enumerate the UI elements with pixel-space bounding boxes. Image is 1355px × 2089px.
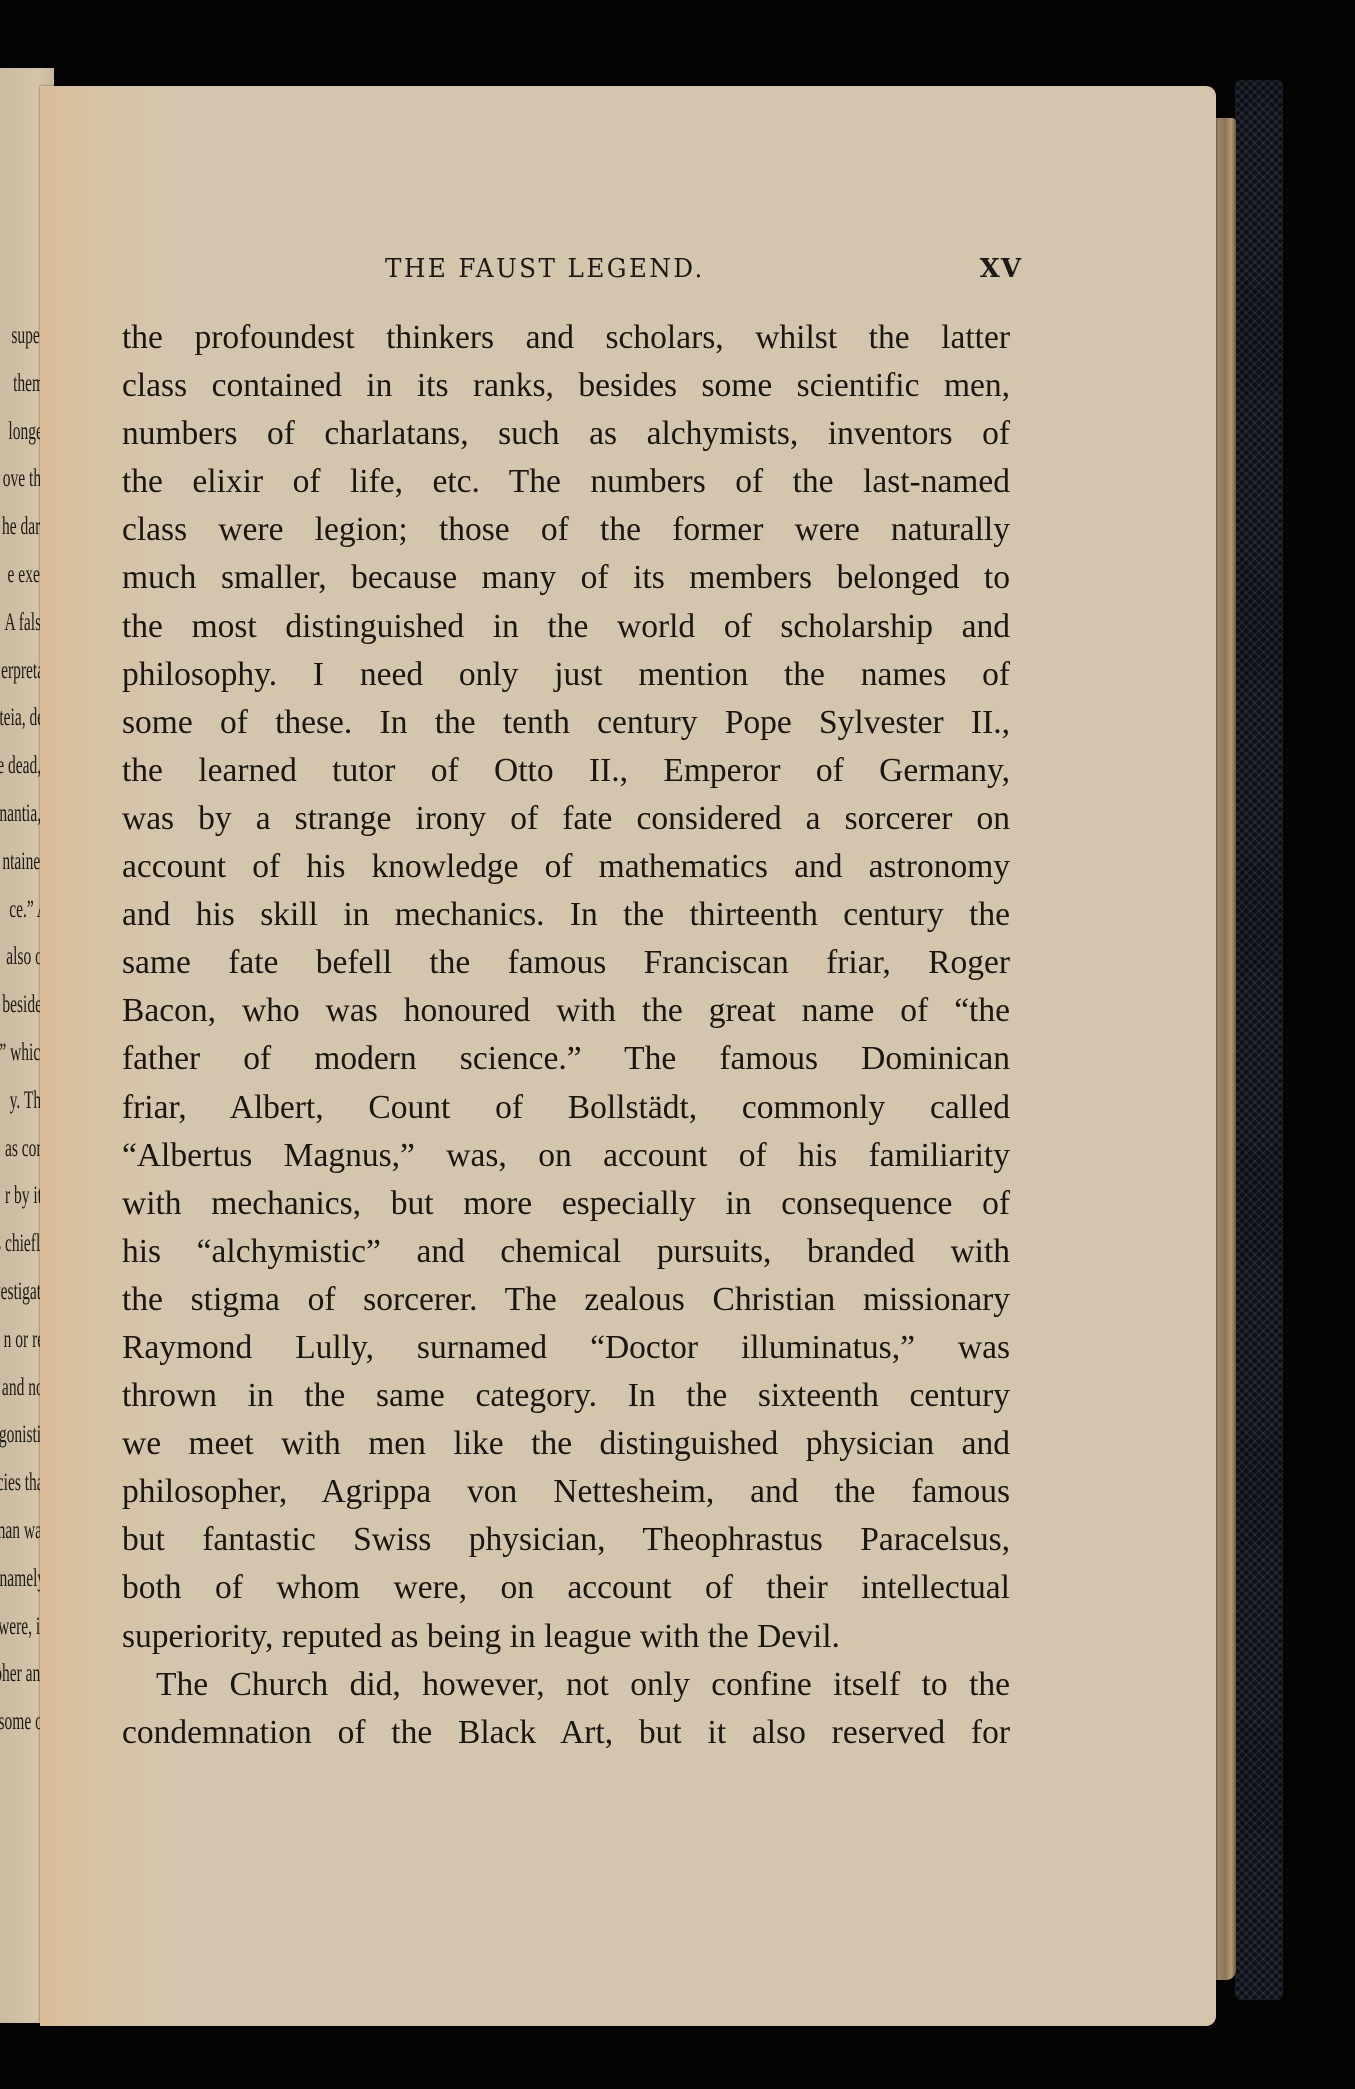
text-line: but fantastic Swiss physician, Theophras… [122, 1516, 1010, 1564]
book-cover-cloth [1235, 80, 1283, 2000]
text-line: was by a strange irony of fate considere… [122, 795, 1010, 843]
running-head: THE FAUST LEGEND. xv [385, 254, 1022, 294]
book-page: THE FAUST LEGEND. xv the profoundest thi… [40, 86, 1216, 2026]
text-line: same fate befell the famous Franciscan f… [122, 939, 1010, 987]
text-line: class contained in its ranks, besides so… [122, 362, 1010, 410]
text-line: with mechanics, but more especially in c… [122, 1180, 1010, 1228]
text-line: superiority, reputed as being in league … [122, 1613, 1010, 1661]
text-line: Bacon, who was honoured with the great n… [122, 987, 1010, 1035]
text-line: “Albertus Magnus,” was, on account of hi… [122, 1132, 1010, 1180]
running-head-title: THE FAUST LEGEND. [385, 254, 705, 284]
text-line: philosophy. I need only just mention the… [122, 651, 1010, 699]
paragraph-1: the profoundest thinkers and scholars, w… [122, 314, 1010, 1661]
text-line: numbers of charlatans, such as alchymist… [122, 410, 1010, 458]
text-line: the profoundest thinkers and scholars, w… [122, 314, 1010, 362]
text-line: much smaller, because many of its member… [122, 554, 1010, 602]
text-line: the elixir of life, etc. The numbers of … [122, 458, 1010, 506]
text-line: thrown in the same category. In the sixt… [122, 1372, 1010, 1420]
text-line: The Church did, however, not only confin… [122, 1661, 1010, 1709]
text-line: philosopher, Agrippa von Nettesheim, and… [122, 1468, 1010, 1516]
text-line: his “alchymistic” and chemical pursuits,… [122, 1228, 1010, 1276]
paragraph-2: The Church did, however, not only confin… [122, 1661, 1010, 1757]
page-number: xv [980, 254, 1022, 284]
text-line: the most distinguished in the world of s… [122, 603, 1010, 651]
text-line: the stigma of sorcerer. The zealous Chri… [122, 1276, 1010, 1324]
text-line: account of his knowledge of mathematics … [122, 843, 1010, 891]
text-line: and his skill in mechanics. In the thirt… [122, 891, 1010, 939]
scan-background: super. them. longer ove the he dark e ex… [0, 0, 1355, 2089]
text-line: father of modern science.” The famous Do… [122, 1035, 1010, 1083]
text-line: Raymond Lully, surnamed “Doctor illumina… [122, 1324, 1010, 1372]
text-line: both of whom were, on account of their i… [122, 1564, 1010, 1612]
text-line: class were legion; those of the former w… [122, 506, 1010, 554]
text-line: the learned tutor of Otto II., Emperor o… [122, 747, 1010, 795]
text-line: condemnation of the Black Art, but it al… [122, 1709, 1010, 1757]
text-line: friar, Albert, Count of Bollstädt, commo… [122, 1084, 1010, 1132]
text-line: we meet with men like the distinguished … [122, 1420, 1010, 1468]
body-text: the profoundest thinkers and scholars, w… [122, 314, 1010, 1757]
text-line: some of these. In the tenth century Pope… [122, 699, 1010, 747]
